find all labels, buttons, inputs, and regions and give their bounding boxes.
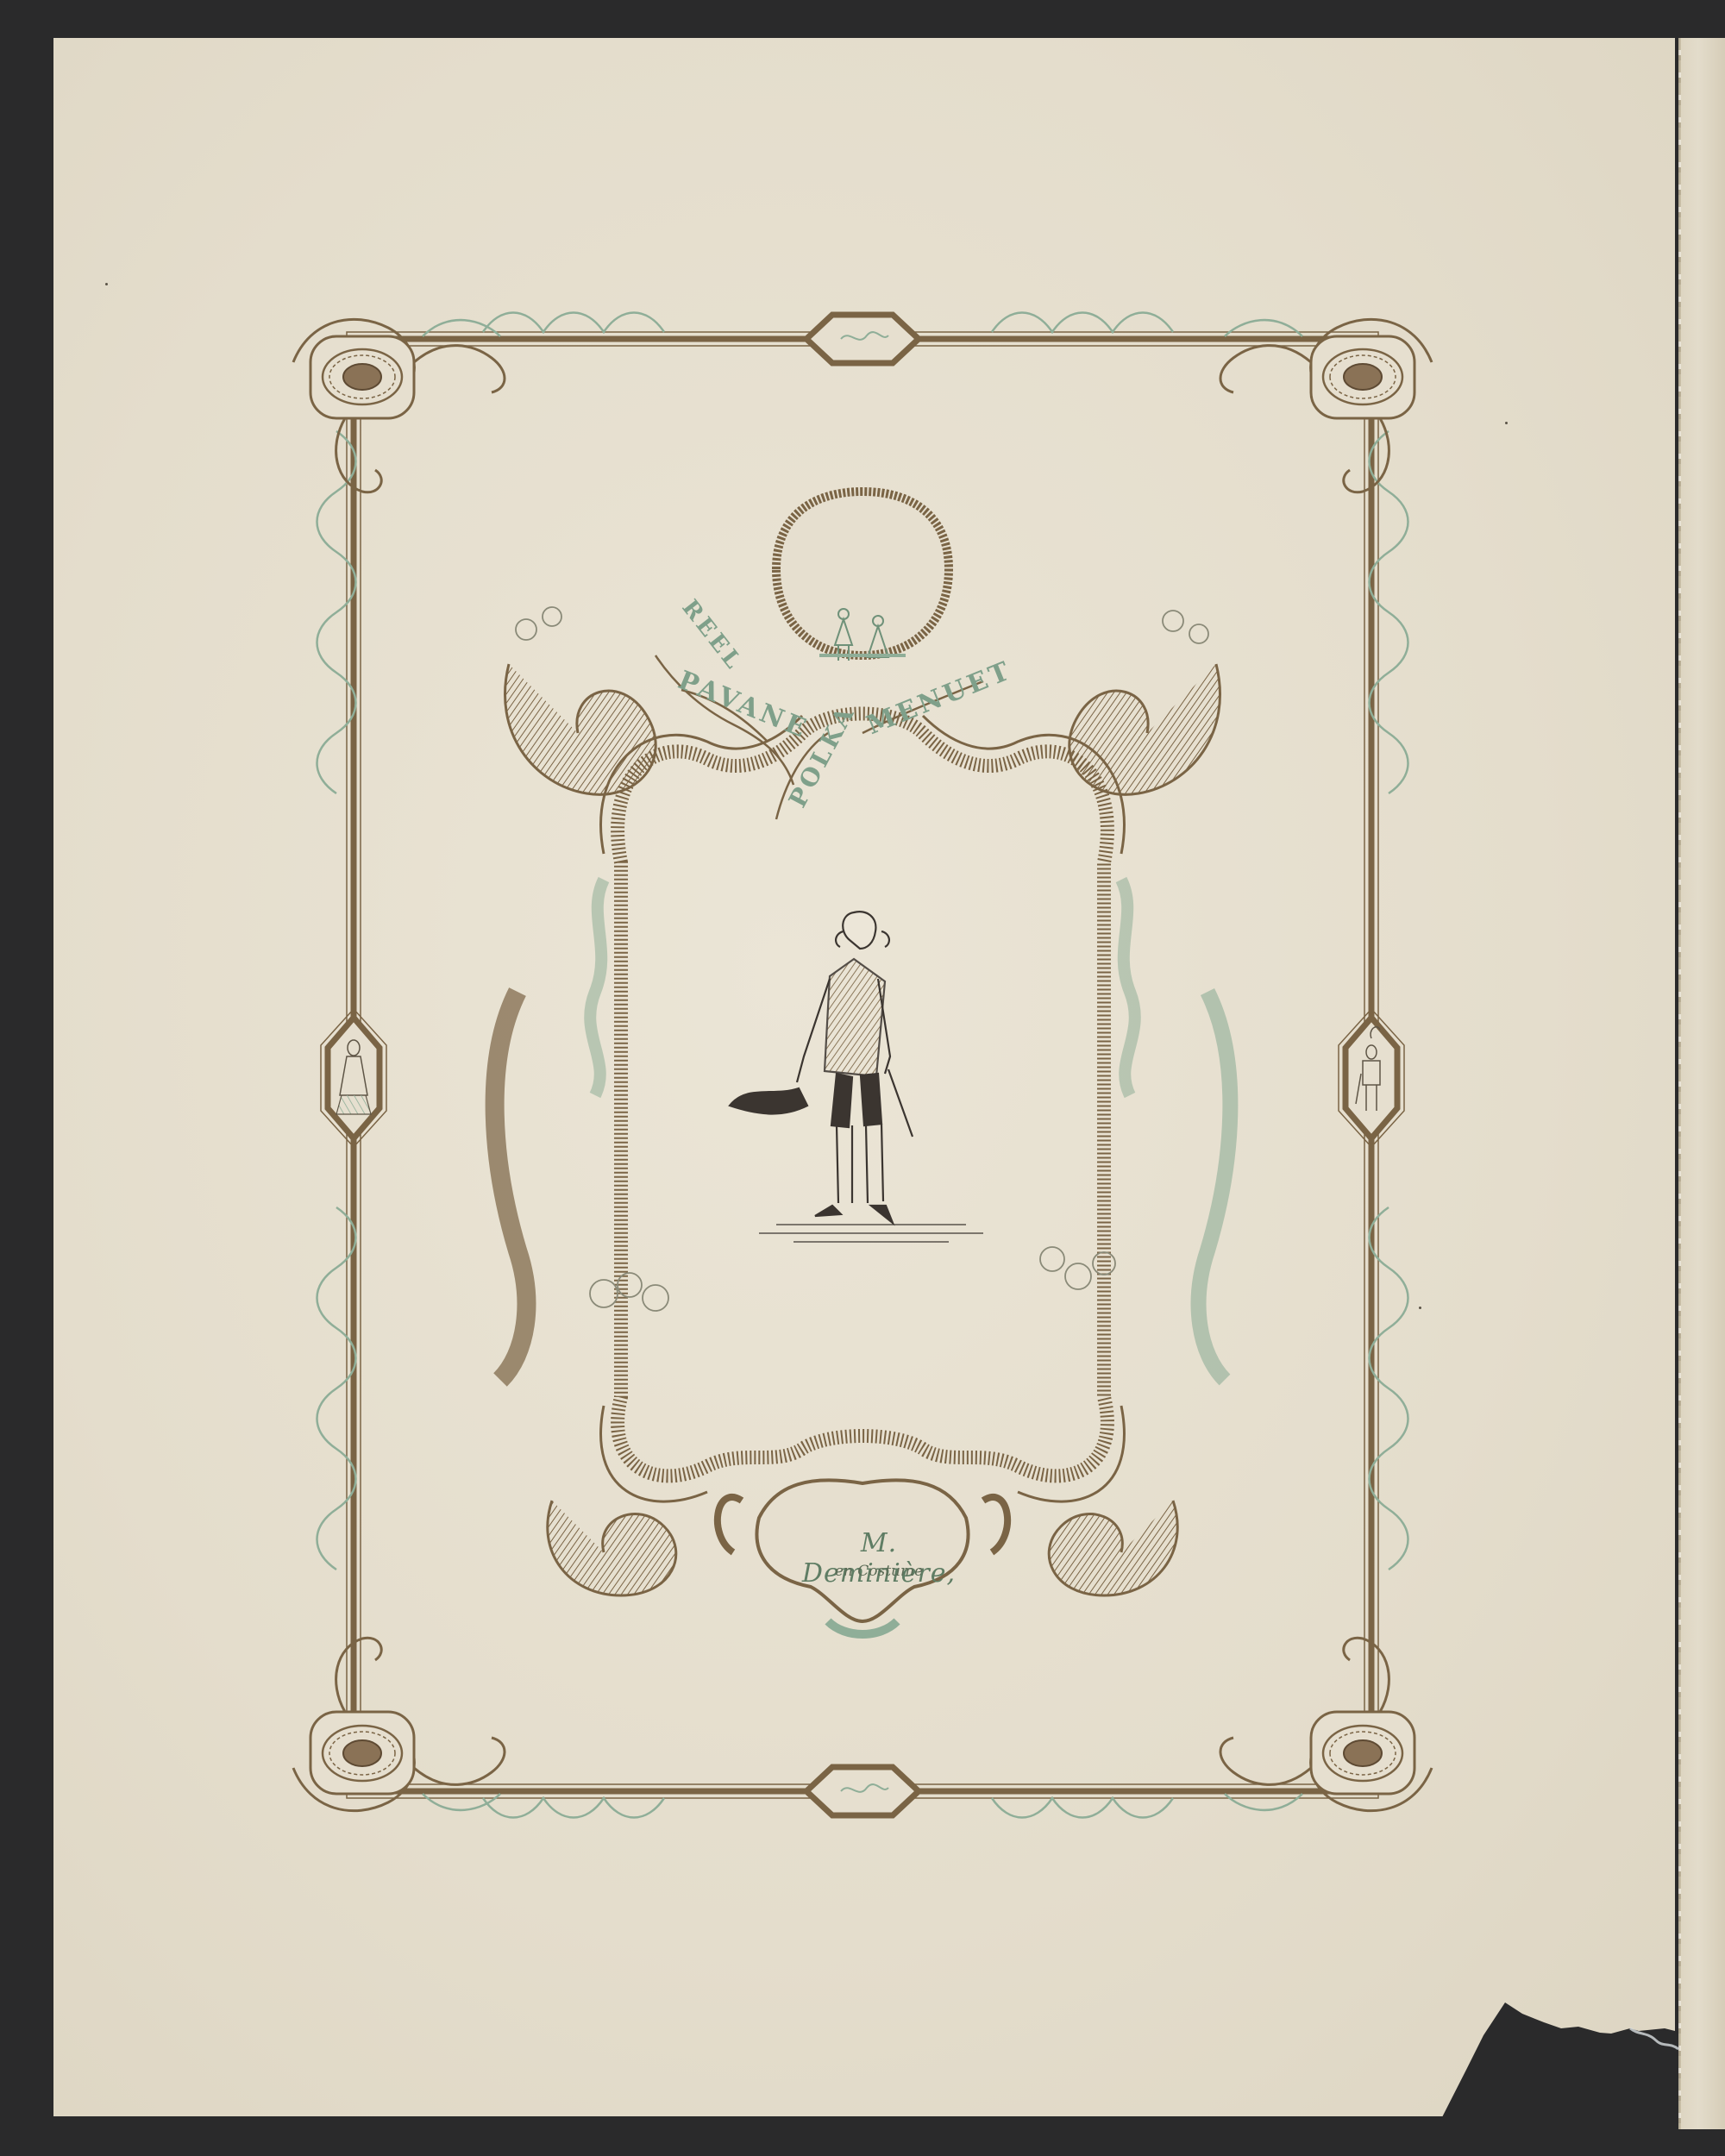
top-border-cartouche bbox=[806, 315, 919, 363]
ornamental-frame-art bbox=[0, 0, 1725, 2156]
top-medallion-dancers bbox=[776, 492, 949, 661]
left-vignette-panel bbox=[321, 1009, 386, 1147]
caption-subtitle: en Costume bbox=[780, 1563, 978, 1580]
bottom-border-cartouche bbox=[806, 1767, 919, 1815]
central-figure-gentleman bbox=[730, 912, 983, 1242]
right-vignette-panel bbox=[1339, 1009, 1404, 1147]
